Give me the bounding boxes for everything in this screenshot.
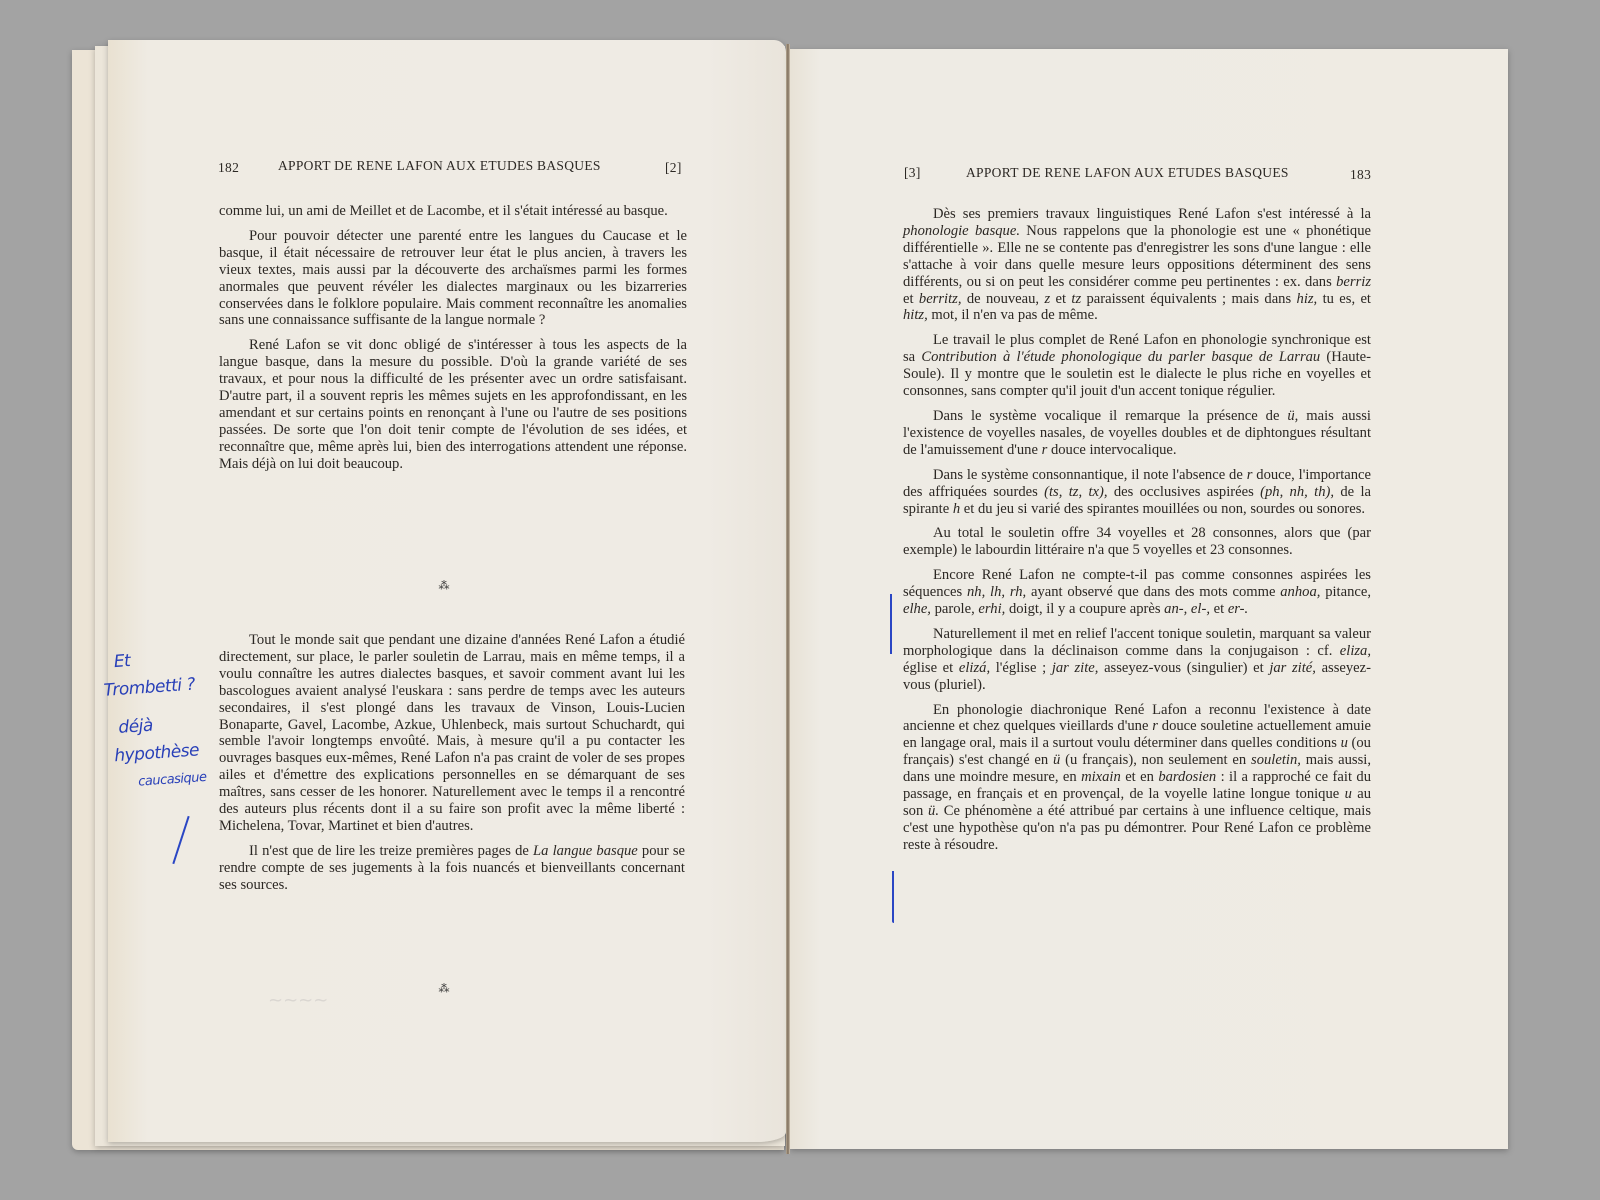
right-text: Dès ses premiers travaux linguistiques R… <box>903 206 1371 862</box>
paragraph: Dans le système vocalique il remarque la… <box>903 408 1371 459</box>
section-break-asterism: ⁂ <box>434 985 454 993</box>
paragraph: Tout le monde sait que pendant une dizai… <box>219 632 685 835</box>
paragraph: Au total le souletin offre 34 voyelles e… <box>903 525 1371 559</box>
paragraph: Dans le système consonnantique, il note … <box>903 467 1371 518</box>
paragraph: Dès ses premiers travaux linguistiques R… <box>903 206 1371 324</box>
right-running-title: APPORT DE RENE LAFON AUX ETUDES BASQUES <box>966 165 1289 181</box>
book-title-italic: La langue basque <box>533 843 638 859</box>
paragraph: Pour pouvoir détecter une parenté entre … <box>219 228 687 329</box>
right-page-number: 183 <box>1350 167 1371 183</box>
left-text-top: comme lui, un ami de Meillet et de Lacom… <box>219 203 687 481</box>
left-page-number: 182 <box>218 160 239 176</box>
left-running-title: APPORT DE RENE LAFON AUX ETUDES BASQUES <box>278 158 601 174</box>
handwritten-note: Et Trombetti ? déjà hypothèse caucasique <box>113 642 208 798</box>
paragraph: René Lafon se vit donc obligé de s'intér… <box>219 337 687 472</box>
right-section-number: [3] <box>904 165 921 181</box>
paragraph: comme lui, un ami de Meillet et de Lacom… <box>219 203 687 220</box>
paragraph: En phonologie diachronique René Lafon a … <box>903 702 1371 854</box>
section-break-asterism: ⁂ <box>434 582 454 590</box>
left-text-bottom: Tout le monde sait que pendant une dizai… <box>219 632 685 902</box>
margin-line-mark <box>890 594 892 654</box>
paragraph: Il n'est que de lire les treize première… <box>219 843 685 894</box>
paragraph: Naturellement il met en relief l'accent … <box>903 626 1371 694</box>
paragraph: Le travail le plus complet de René Lafon… <box>903 332 1371 400</box>
paragraph: Encore René Lafon ne compte-t-il pas com… <box>903 567 1371 618</box>
margin-bracket-mark <box>892 871 894 923</box>
bleed-through-marks: ~~~~ <box>268 990 328 1011</box>
left-section-number: [2] <box>665 160 682 176</box>
book-spine <box>786 44 790 1154</box>
